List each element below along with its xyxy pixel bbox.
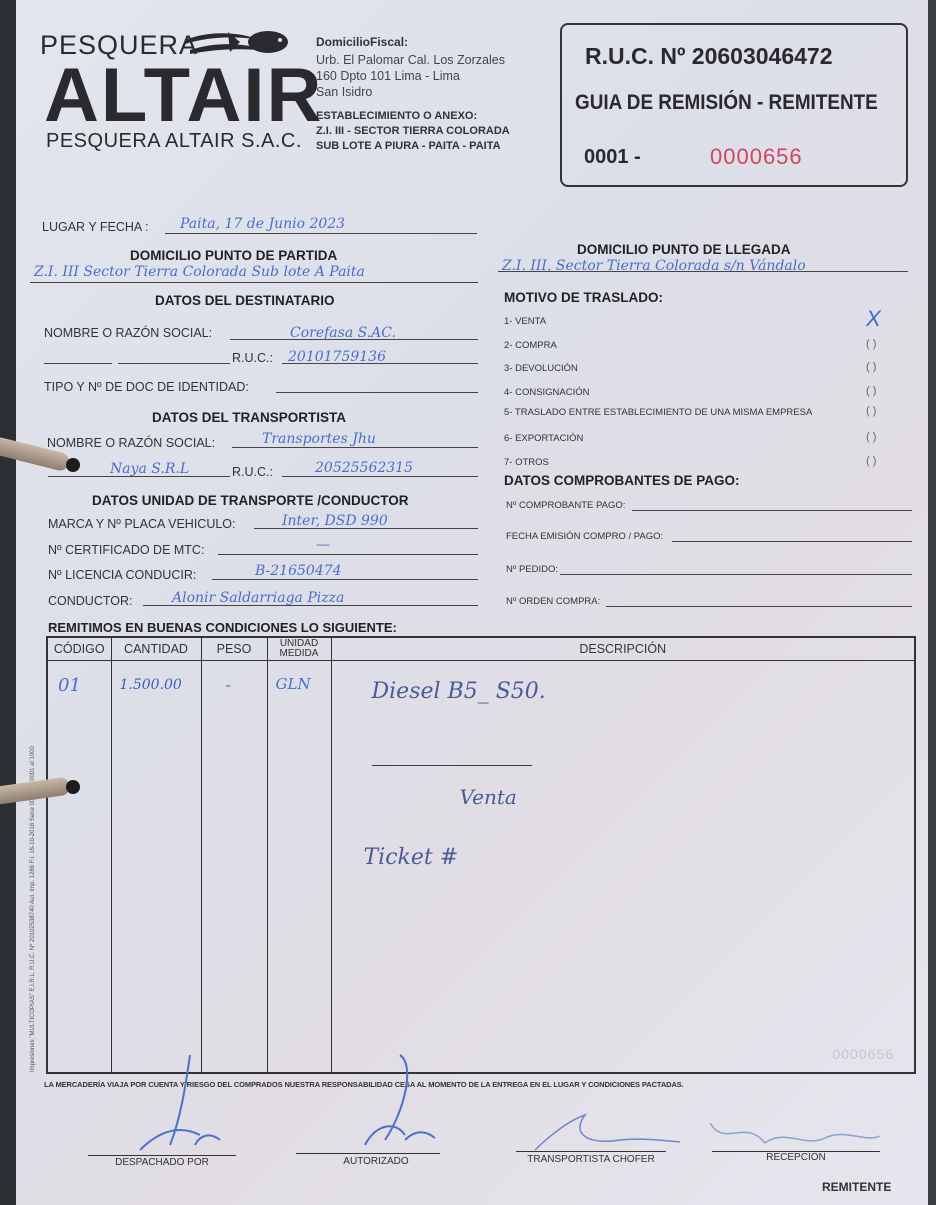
ruc-number: R.U.C. Nº 20603046472 xyxy=(585,43,833,70)
destinatario-title: DATOS DEL DESTINATARIO xyxy=(155,293,335,308)
licencia-line xyxy=(212,579,478,580)
transportista-ruc-line xyxy=(282,476,478,477)
comprobante-field-label: FECHA EMISIÓN COMPRO / PAGO: xyxy=(506,531,663,542)
anexo-line: Z.I. III - SECTOR TIERRA COLORADA xyxy=(316,125,510,137)
comprobante-field-label: Nº ORDEN COMPRA: xyxy=(506,596,600,607)
anexo-title: ESTABLECIMIENTO O ANEXO: xyxy=(316,110,477,122)
motivo-checkbox[interactable]: ( ) xyxy=(866,385,876,397)
motivo-checkbox[interactable]: ( ) xyxy=(866,361,876,373)
motivo-checkbox[interactable]: ( ) xyxy=(866,431,876,443)
binder-edge xyxy=(0,0,16,1205)
motivo-checkbox[interactable]: ( ) xyxy=(866,405,876,417)
transportista-nombre-value-2[interactable]: Naya S.R.L xyxy=(110,461,189,477)
motivo-checkbox[interactable]: ( ) xyxy=(866,455,876,467)
partida-line xyxy=(30,282,478,283)
motivo-option-label: 6- EXPORTACIÓN xyxy=(504,433,583,444)
transportista-nombre-value[interactable]: Transportes Jhu xyxy=(262,431,376,447)
destinatario-nombre-value[interactable]: Corefasa S.AC. xyxy=(290,325,396,341)
signature-scrawl-icon xyxy=(530,1110,690,1155)
signature-transportista: TRANSPORTISTA CHOFER xyxy=(516,1154,666,1165)
doc-identidad-label: TIPO Y Nº DE DOC DE IDENTIDAD: xyxy=(44,380,249,394)
motivo-option-label: 5- TRASLADO ENTRE ESTABLECIMIENTO DE UNA… xyxy=(504,407,812,418)
motivo-option-label: 1- VENTA xyxy=(504,316,546,327)
motivo-title: MOTIVO DE TRASLADO: xyxy=(504,290,663,305)
mtc-value[interactable]: — xyxy=(316,537,330,553)
correlative-number: 0000656 xyxy=(710,144,803,170)
destinatario-ruc-label: R.U.C.: xyxy=(232,351,273,365)
comprobante-field-label: Nº COMPROBANTE PAGO: xyxy=(506,500,625,511)
mtc-line xyxy=(218,554,478,555)
items-title: REMITIMOS EN BUENAS CONDICIONES LO SIGUI… xyxy=(48,620,397,635)
cell-codigo[interactable]: 01 xyxy=(47,661,111,1074)
conductor-label: CONDUCTOR: xyxy=(48,594,133,608)
doc-identidad-line xyxy=(276,392,478,393)
faded-stamp: 0000656 xyxy=(832,1046,894,1062)
destinatario-ruc-value[interactable]: 20101759136 xyxy=(288,349,386,365)
destinatario-nombre-label: NOMBRE O RAZÓN SOCIAL: xyxy=(44,326,212,340)
unidad-title: DATOS UNIDAD DE TRANSPORTE /CONDUCTOR xyxy=(92,493,409,508)
fiscal-address-title: DomicilioFiscal: xyxy=(316,35,408,49)
motivo-checkbox[interactable]: X xyxy=(866,306,881,332)
motivo-option-label: 7- OTROS xyxy=(504,457,549,468)
partida-title: DOMICILIO PUNTO DE PARTIDA xyxy=(130,248,337,263)
col-header-descripcion: DESCRIPCIÓN xyxy=(331,637,915,661)
signature-scrawl-icon xyxy=(705,1108,885,1153)
licencia-label: Nº LICENCIA CONDUCIR: xyxy=(48,568,196,582)
signature-recepcion: RECEPCIÓN xyxy=(712,1152,880,1163)
conductor-value[interactable]: Alonir Saldarriaga Pizza xyxy=(172,590,344,606)
fiscal-address-line: 160 Dpto 101 Lima - Lima xyxy=(316,69,460,83)
col-header-cantidad: CANTIDAD xyxy=(111,637,201,661)
partida-value[interactable]: Z.I. III Sector Tierra Colorada Sub lote… xyxy=(34,264,365,280)
fiscal-address-line: Urb. El Palomar Cal. Los Zorzales xyxy=(316,53,505,67)
blank-line xyxy=(118,363,230,364)
col-header-peso: PESO xyxy=(201,637,267,661)
fiscal-address-line: San Isidro xyxy=(316,85,372,99)
transportista-title: DATOS DEL TRANSPORTISTA xyxy=(152,410,346,425)
motivo-option-label: 2- COMPRA xyxy=(504,340,557,351)
cell-cantidad[interactable]: 1.500.00 xyxy=(111,661,201,1074)
signature-scrawl-icon xyxy=(345,1050,445,1160)
motivo-option-label: 4- CONSIGNACIÓN xyxy=(504,387,590,398)
llegada-value[interactable]: Z.I. III, Sector Tierra Colorada s/n Ván… xyxy=(502,258,806,274)
cell-peso[interactable]: - xyxy=(201,661,267,1074)
company-name: PESQUERA ALTAIR S.A.C. xyxy=(46,130,302,153)
lugar-fecha-line xyxy=(165,233,477,234)
placa-value[interactable]: Inter, DSD 990 xyxy=(282,513,388,529)
transportista-ruc-value[interactable]: 20525562315 xyxy=(315,460,413,476)
comprobante-field-label: Nº PEDIDO: xyxy=(506,564,558,575)
copy-label: REMITENTE xyxy=(822,1180,891,1194)
note-venta: Venta xyxy=(460,785,517,809)
lugar-fecha-label: LUGAR Y FECHA : xyxy=(42,220,149,234)
col-header-unidad: UNIDAD MEDIDA xyxy=(267,637,331,661)
punch-hole xyxy=(66,780,80,794)
punch-hole xyxy=(66,458,80,472)
llegada-title: DOMICILIO PUNTO DE LLEGADA xyxy=(577,242,791,257)
motivo-option-label: 3- DEVOLUCIÓN xyxy=(504,363,578,374)
note-ticket: Ticket # xyxy=(364,845,459,870)
col-header-codigo: CÓDIGO xyxy=(47,637,111,661)
transportista-nombre-label: NOMBRE O RAZÓN SOCIAL: xyxy=(47,436,215,450)
transportista-nombre-line xyxy=(232,447,478,448)
placa-label: MARCA Y Nº PLACA VEHICULO: xyxy=(48,517,236,531)
document-title: GUIA DE REMISIÓN - REMITENTE xyxy=(575,91,878,115)
cell-descripcion[interactable]: Diesel B5_ S50. Venta Ticket # 0000656 xyxy=(331,661,915,1074)
mtc-label: Nº CERTIFICADO DE MTC: xyxy=(48,543,204,557)
cell-unidad[interactable]: GLN xyxy=(267,661,331,1074)
serie-number: 0001 - xyxy=(584,146,641,169)
comprobante-field-input[interactable] xyxy=(672,541,912,542)
blank-line xyxy=(44,363,112,364)
signature-scrawl-icon xyxy=(130,1050,240,1160)
table-row: 01 1.500.00 - GLN Diesel B5_ S50. Venta … xyxy=(47,661,915,1074)
motivo-checkbox[interactable]: ( ) xyxy=(866,338,876,350)
lugar-fecha-value[interactable]: Paita, 17 de Junio 2023 xyxy=(180,216,345,232)
comprobante-field-input[interactable] xyxy=(606,606,912,607)
comprobante-field-input[interactable] xyxy=(560,574,912,575)
transportista-ruc-label: R.U.C.: xyxy=(232,465,273,479)
anexo-line: SUB LOTE A PIURA - PAITA - PAITA xyxy=(316,140,501,152)
brand-main-text: ALTAIR xyxy=(44,58,323,134)
comprobante-field-input[interactable] xyxy=(632,510,912,511)
items-table: CÓDIGO CANTIDAD PESO UNIDAD MEDIDA DESCR… xyxy=(46,636,916,1074)
comprobantes-title: DATOS COMPROBANTES DE PAGO: xyxy=(504,473,740,488)
licencia-value[interactable]: B-21650474 xyxy=(255,563,342,579)
